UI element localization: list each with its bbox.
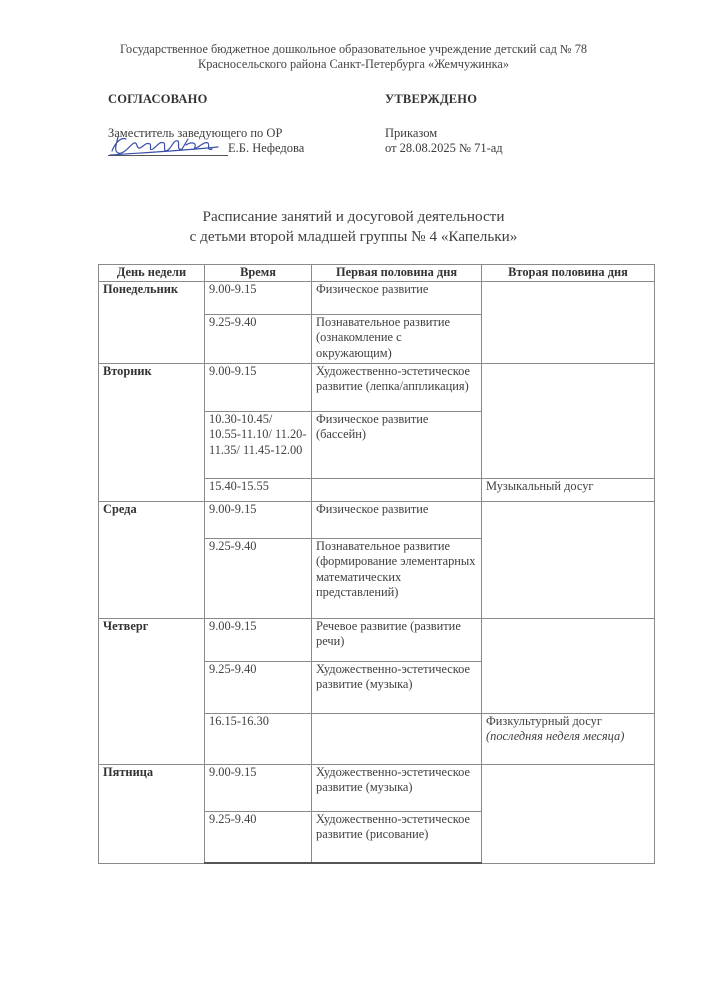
approved-order: Приказом bbox=[385, 126, 503, 141]
header-day: День недели bbox=[99, 265, 205, 282]
first-half-cell: Познавательное развитие (ознакомление с … bbox=[312, 314, 482, 363]
day-cell-thursday: Четверг bbox=[99, 618, 205, 764]
schedule-table: День недели Время Первая половина дня Вт… bbox=[98, 264, 655, 864]
table-row: Понедельник 9.00-9.15 Физическое развити… bbox=[99, 281, 655, 314]
first-half-cell: Художественно-эстетическое развитие (муз… bbox=[312, 764, 482, 811]
organization-name-line2: Красносельского района Санкт-Петербурга … bbox=[0, 57, 707, 72]
approved-block: УТВЕРЖДЕНО Приказом от 28.08.2025 № 71-а… bbox=[385, 92, 503, 156]
first-half-cell: Физическое развитие bbox=[312, 501, 482, 538]
document-title-line1: Расписание занятий и досуговой деятельно… bbox=[0, 207, 707, 227]
organization-header: Государственное бюджетное дошкольное обр… bbox=[0, 42, 707, 72]
organization-name-line1: Государственное бюджетное дошкольное обр… bbox=[0, 42, 707, 57]
signature-line bbox=[108, 141, 228, 156]
second-half-cell bbox=[482, 618, 655, 713]
approved-title: УТВЕРЖДЕНО bbox=[385, 92, 503, 107]
second-half-note: (последняя неделя месяца) bbox=[486, 729, 650, 745]
second-half-cell: Физкультурный досуг (последняя неделя ме… bbox=[482, 713, 655, 764]
approvals-section: СОГЛАСОВАНО Заместитель заведующего по О… bbox=[108, 92, 668, 162]
second-half-cell bbox=[482, 501, 655, 618]
day-cell-friday: Пятница bbox=[99, 764, 205, 863]
first-half-cell: Речевое развитие (развитие речи) bbox=[312, 618, 482, 661]
first-half-cell bbox=[312, 478, 482, 501]
second-half-cell bbox=[482, 363, 655, 478]
first-half-cell: Познавательное развитие (формирование эл… bbox=[312, 538, 482, 618]
agreed-title: СОГЛАСОВАНО bbox=[108, 92, 304, 107]
day-cell-tuesday: Вторник bbox=[99, 363, 205, 501]
first-half-cell: Физическое развитие (бассейн) bbox=[312, 411, 482, 478]
table-row: Четверг 9.00-9.15 Речевое развитие (разв… bbox=[99, 618, 655, 661]
first-half-cell bbox=[312, 713, 482, 764]
time-cell: 16.15-16.30 bbox=[205, 713, 312, 764]
time-cell: 9.00-9.15 bbox=[205, 618, 312, 661]
time-cell: 9.00-9.15 bbox=[205, 281, 312, 314]
table-row: Среда 9.00-9.15 Физическое развитие bbox=[99, 501, 655, 538]
time-cell: 9.25-9.40 bbox=[205, 538, 312, 618]
time-cell: 10.30-10.45/ 10.55-11.10/ 11.20-11.35/ 1… bbox=[205, 411, 312, 478]
day-cell-wednesday: Среда bbox=[99, 501, 205, 618]
second-half-cell: Музыкальный досуг bbox=[482, 478, 655, 501]
document-title: Расписание занятий и досуговой деятельно… bbox=[0, 207, 707, 247]
first-half-cell: Физическое развитие bbox=[312, 281, 482, 314]
header-first-half: Первая половина дня bbox=[312, 265, 482, 282]
second-half-activity: Физкультурный досуг bbox=[486, 714, 650, 730]
first-half-cell: Художественно-эстетическое развитие (муз… bbox=[312, 661, 482, 713]
agreed-signature-row: Е.Б. Нефедова bbox=[108, 141, 304, 156]
table-row: Пятница 9.00-9.15 Художественно-эстетиче… bbox=[99, 764, 655, 811]
second-half-cell bbox=[482, 281, 655, 363]
first-half-cell: Художественно-эстетическое развитие (рис… bbox=[312, 811, 482, 863]
agreed-name: Е.Б. Нефедова bbox=[228, 141, 304, 155]
approved-order-date: от 28.08.2025 № 71-ад bbox=[385, 141, 503, 156]
time-cell: 15.40-15.55 bbox=[205, 478, 312, 501]
table-row: Вторник 9.00-9.15 Художественно-эстетиче… bbox=[99, 363, 655, 411]
signature-icon bbox=[108, 133, 228, 159]
header-second-half: Вторая половина дня bbox=[482, 265, 655, 282]
time-cell: 9.25-9.40 bbox=[205, 314, 312, 363]
time-cell: 9.25-9.40 bbox=[205, 811, 312, 863]
document-title-line2: с детьми второй младшей группы № 4 «Капе… bbox=[0, 227, 707, 247]
time-cell: 9.00-9.15 bbox=[205, 501, 312, 538]
time-cell: 9.00-9.15 bbox=[205, 764, 312, 811]
day-cell-monday: Понедельник bbox=[99, 281, 205, 363]
header-time: Время bbox=[205, 265, 312, 282]
second-half-cell bbox=[482, 764, 655, 863]
time-cell: 9.00-9.15 bbox=[205, 363, 312, 411]
agreed-block: СОГЛАСОВАНО Заместитель заведующего по О… bbox=[108, 92, 304, 156]
table-header-row: День недели Время Первая половина дня Вт… bbox=[99, 265, 655, 282]
time-cell: 9.25-9.40 bbox=[205, 661, 312, 713]
first-half-cell: Художественно-эстетическое развитие (леп… bbox=[312, 363, 482, 411]
